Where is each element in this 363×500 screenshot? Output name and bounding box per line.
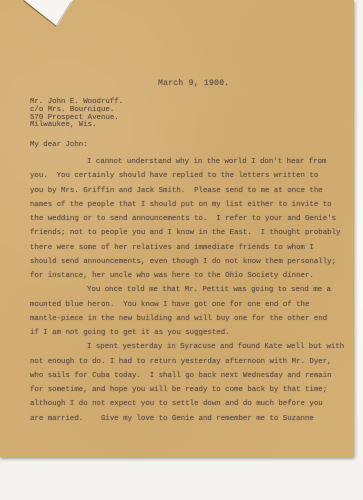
letter-body-line: not enough to do. I had to return yester… — [30, 355, 344, 369]
scanned-letter-page: March 9, 1900. Mr. John E. Woodruff. c/o… — [0, 0, 363, 500]
letter-body-line: are married. Give my love to Genie and r… — [30, 412, 344, 426]
letter-body-line: who sails for Cuba today. I shall go bac… — [30, 369, 344, 383]
letter-body-line: mounted blue heron. You know I have got … — [30, 298, 344, 312]
letter-body-line: mantle-piece in the new building and wil… — [30, 312, 344, 326]
letter-body-line: names of the people that I should put on… — [30, 198, 344, 212]
letter-body-line: if I am not going to get it as you sugge… — [30, 326, 344, 340]
letter-body-line: friends; not to people you and I know in… — [30, 226, 344, 240]
letter-body-line: I spent yesterday in Syracuse and found … — [30, 340, 344, 354]
salutation: My dear John: — [30, 141, 88, 149]
letter-body-line: you. You certainly should have replied t… — [30, 169, 344, 183]
letter-body-line: should send announcements, even though I… — [30, 255, 344, 269]
letter-body-line: I cannot understand why in the world I d… — [30, 155, 344, 169]
letter-body-line: for sometime, and hope you will be ready… — [30, 383, 344, 397]
letter-date: March 9, 1900. — [158, 79, 229, 88]
letter-body: I cannot understand why in the world I d… — [30, 155, 344, 426]
letter-body-line: although I do not expect you to settle d… — [30, 397, 344, 411]
letter-paper: March 9, 1900. Mr. John E. Woodruff. c/o… — [0, 0, 354, 457]
letter-body-line: you by Mrs. Griffin and Jack Smith. Plea… — [30, 184, 344, 198]
letter-body-line: You once told me that Mr. Pettit was goi… — [30, 283, 344, 297]
letter-body-line: the wedding or to send announcements to.… — [30, 212, 344, 226]
address-line-city: Milwaukee, Wis. — [30, 122, 123, 130]
letter-body-line: for instance, her uncle who was here to … — [30, 269, 344, 283]
letter-body-line: there were some of her relatives and imm… — [30, 241, 344, 255]
recipient-address: Mr. John E. Woodruff. c/o Mrs. Bournique… — [30, 99, 123, 130]
